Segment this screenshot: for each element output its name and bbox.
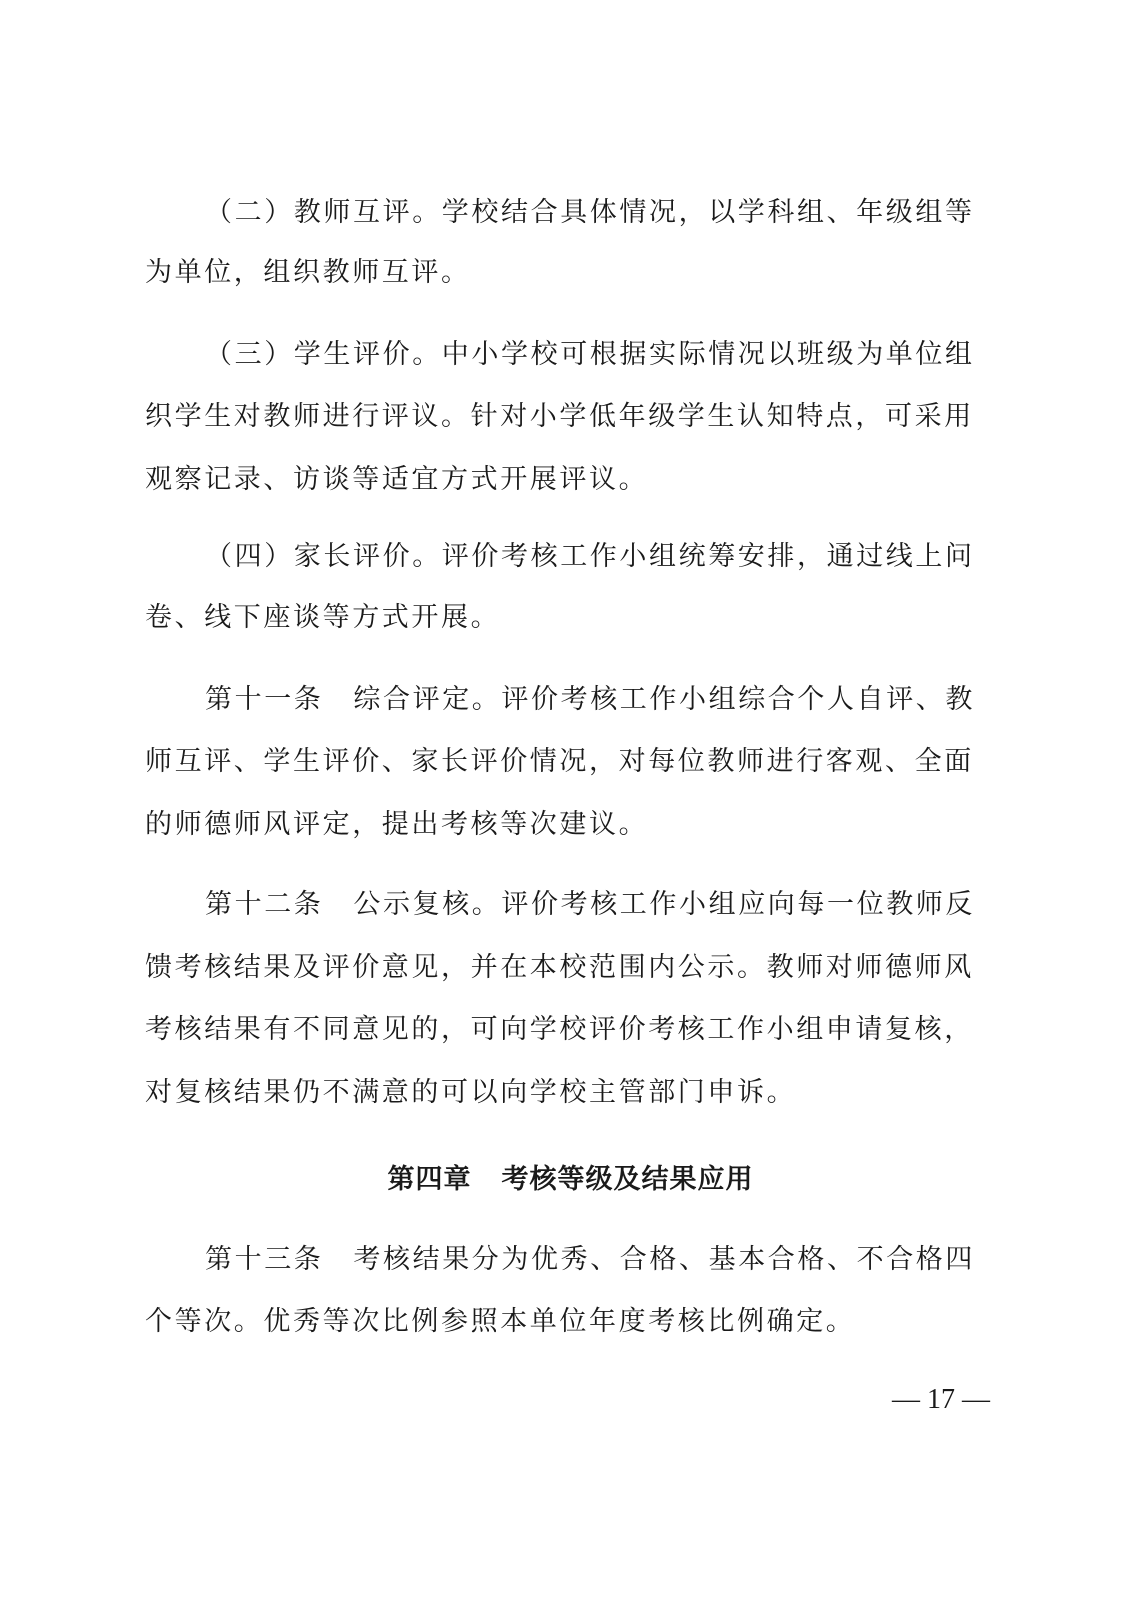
article-text: 公示复核。评价考核工作小组应向每一位教师反 [353, 889, 975, 920]
paragraph-line: 为单位，组织教师互评。 [145, 253, 985, 293]
article-text: 综合评定。评价考核工作小组综合个人自评、教 [353, 684, 975, 715]
paragraph-line: 馈考核结果及评价意见，并在本校范围内公示。教师对师德师风 [145, 948, 985, 988]
article-number: 第十二条 [205, 889, 323, 920]
page-number: — 17 — [860, 1380, 990, 1420]
paragraph-line: （三）学生评价。中小学校可根据实际情况以班级为单位组 [205, 335, 985, 375]
paragraph-line: 个等次。优秀等次比例参照本单位年度考核比例确定。 [145, 1302, 985, 1342]
article-13-first-line: 第十三条考核结果分为优秀、合格、基本合格、不合格四 [205, 1240, 985, 1280]
article-number: 第十三条 [205, 1244, 323, 1275]
article-number: 第十一条 [205, 684, 323, 715]
paragraph-line: 观察记录、访谈等适宜方式开展评议。 [145, 460, 985, 500]
paragraph-line: 师互评、学生评价、家长评价情况，对每位教师进行客观、全面 [145, 742, 985, 782]
paragraph-line: 考核结果有不同意见的，可向学校评价考核工作小组申请复核， [145, 1010, 985, 1050]
article-text: 考核结果分为优秀、合格、基本合格、不合格四 [353, 1244, 975, 1275]
article-11-first-line: 第十一条综合评定。评价考核工作小组综合个人自评、教 [205, 680, 985, 720]
chapter-heading: 第四章考核等级及结果应用 [0, 1158, 1131, 1202]
paragraph-line: （二）教师互评。学校结合具体情况，以学科组、年级组等 [205, 193, 985, 233]
paragraph-line: 的师德师风评定，提出考核等次建议。 [145, 805, 985, 845]
paragraph-line: 卷、线下座谈等方式开展。 [145, 598, 985, 638]
chapter-number: 第四章 [388, 1164, 472, 1195]
paragraph-line: 织学生对教师进行评议。针对小学低年级学生认知特点，可采用 [145, 397, 985, 437]
chapter-title: 考核等级及结果应用 [502, 1164, 754, 1195]
paragraph-line: （四）家长评价。评价考核工作小组统筹安排，通过线上问 [205, 537, 985, 577]
article-12-first-line: 第十二条公示复核。评价考核工作小组应向每一位教师反 [205, 885, 985, 925]
document-page: （二）教师互评。学校结合具体情况，以学科组、年级组等 为单位，组织教师互评。 （… [0, 0, 1131, 1600]
paragraph-line: 对复核结果仍不满意的可以向学校主管部门申诉。 [145, 1073, 985, 1113]
